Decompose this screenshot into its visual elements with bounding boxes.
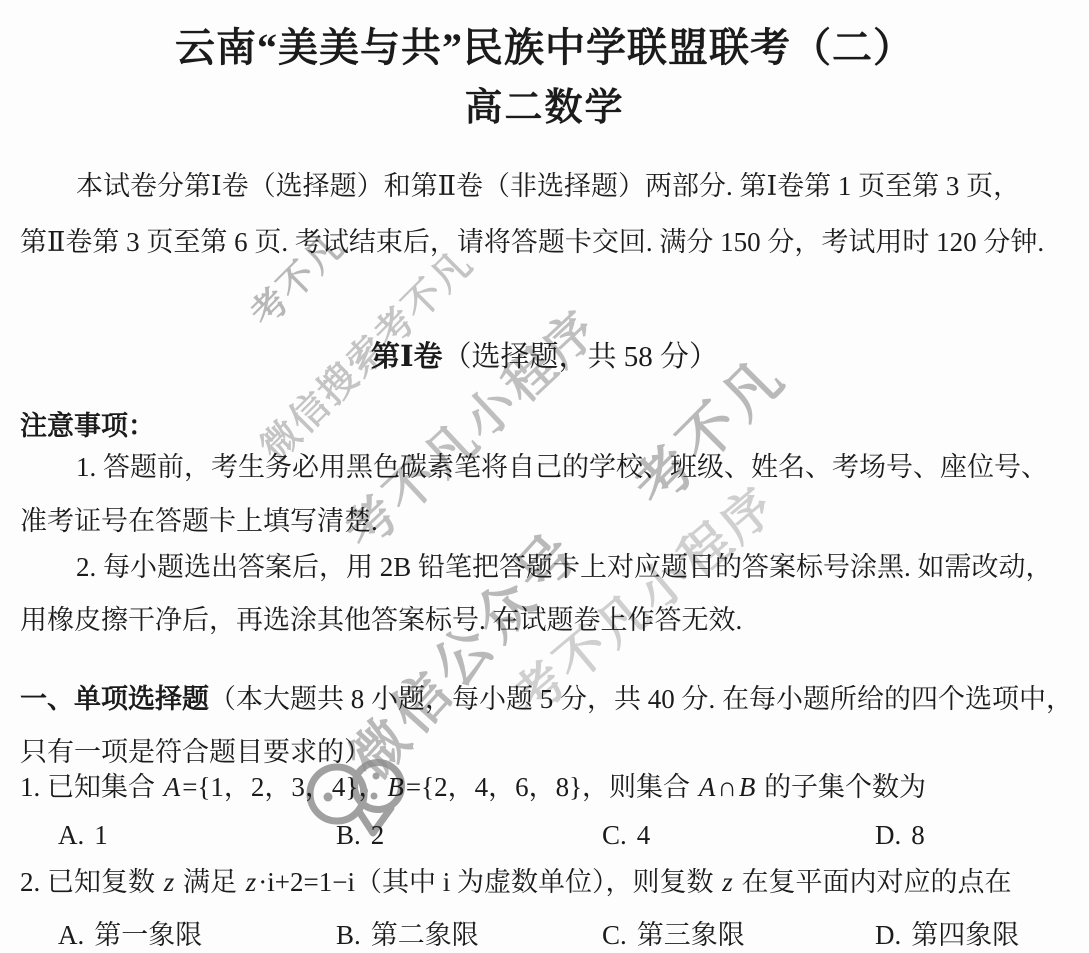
mcq-section-heading-rest: （本大题共 8 小题，每小题 5 分，共 40 分. 在每小题所给的四个选项中， [209,684,1073,714]
question-2-option-a: A.第一象限 [58,913,202,952]
option-text: 第一象限 [94,920,202,950]
option-label: A. [58,820,84,850]
question-1-options: A.1 B.2 C.4 D.8 [0,820,1089,854]
math-variable: A [697,772,718,802]
question-2-option-d: D.第四象限 [875,913,1019,952]
stem-text: 2. 已知复数 [20,867,162,897]
math-variable: B [385,772,406,802]
option-text: 第四象限 [911,920,1019,950]
stem-text: ∩ [717,772,737,802]
math-variable: z [162,867,177,897]
notice-item-2-line-2: 用橡皮擦干净后，再选涂其他答案标号. 在试题卷上作答无效. [20,604,742,638]
notice-heading: 注意事项： [20,404,155,443]
option-text: 2 [371,820,385,850]
notice-item-2-line-1: 2. 每小题选出答案后，用 2B 铅笔把答题卡上对应题目的答案标号涂黑. 如需改… [76,551,1053,585]
exam-subtitle: 高二数学 [0,76,1089,131]
question-2-option-b: B.第二象限 [336,913,479,952]
question-2-stem: 2. 已知复数 z 满足 z·i+2=1−i（其中 i 为虚数单位），则复数 z… [20,866,1011,900]
intro-line-2: 第Ⅱ卷第 3 页至第 6 页. 考试结束后，请将答题卡交回. 满分 150 分，… [20,226,1044,260]
stem-text: 满足 [176,867,244,897]
option-label: B. [336,820,361,850]
option-text: 1 [94,820,108,850]
mcq-section-heading-line-2: 只有一项是符合题目要求的） [20,736,371,770]
intro-line-1: 本试卷分第Ⅰ卷（选择题）和第Ⅱ卷（非选择题）两部分. 第Ⅰ卷第 1 页至第 3 … [76,170,1020,204]
option-label: B. [336,920,361,950]
exam-title: 云南“美美与共”民族中学联盟联考（二） [0,16,1089,73]
option-label: C. [602,920,627,950]
option-label: D. [875,920,901,950]
stem-text: 在复平面内对应的点在 [735,867,1012,897]
question-1-option-a: A.1 [58,820,108,851]
option-label: D. [875,820,901,850]
option-text: 第三象限 [637,920,745,950]
section-1-heading-bold: 第Ⅰ卷 [371,341,443,373]
question-2-options: A.第一象限 B.第二象限 C.第三象限 D.第四象限 [0,913,1089,947]
math-variable: z [720,867,735,897]
notice-item-1-line-1: 1. 答题前，考生务必用黑色碳素笔将自己的学校、班级、姓名、考场号、座位号、 [76,451,1048,485]
math-variable: z [244,867,259,897]
question-1-option-b: B.2 [336,820,384,851]
option-label: A. [58,920,84,950]
stem-text: ·i+2=1−i（其中 i 为虚数单位），则复数 [258,867,720,897]
question-1-option-d: D.8 [875,820,925,851]
stem-text: ={2，4，6，8}，则集合 [406,772,697,802]
mcq-section-heading: 一、单项选择题（本大题共 8 小题，每小题 5 分，共 40 分. 在每小题所给… [20,683,1073,717]
section-1-heading: 第Ⅰ卷（选择题，共 58 分） [0,334,1089,375]
option-text: 8 [911,820,925,850]
question-1-option-c: C.4 [602,820,650,851]
notice-item-1-line-2: 准考证号在答题卡上填写清楚. [20,505,378,539]
stem-text: 的子集个数为 [757,772,926,802]
option-text: 第二象限 [371,920,479,950]
mcq-section-heading-bold: 一、单项选择题 [20,684,209,714]
math-variable: A [162,772,183,802]
question-1-stem: 1. 已知集合 A={1，2，3，4}，B={2，4，6，8}，则集合 A∩B … [20,771,926,805]
option-label: C. [602,820,627,850]
option-text: 4 [637,820,651,850]
stem-text: 1. 已知集合 [20,772,162,802]
math-variable: B [737,772,758,802]
exam-paper-page: 考不凡微信搜索考不凡考不凡小程序微信公众号考不凡考不凡小程序 云南“美美与共”民… [0,0,1089,953]
question-2-option-c: C.第三象限 [602,913,745,952]
stem-text: ={1，2，3，4}， [182,772,385,802]
section-1-heading-rest: （选择题，共 58 分） [443,341,719,373]
